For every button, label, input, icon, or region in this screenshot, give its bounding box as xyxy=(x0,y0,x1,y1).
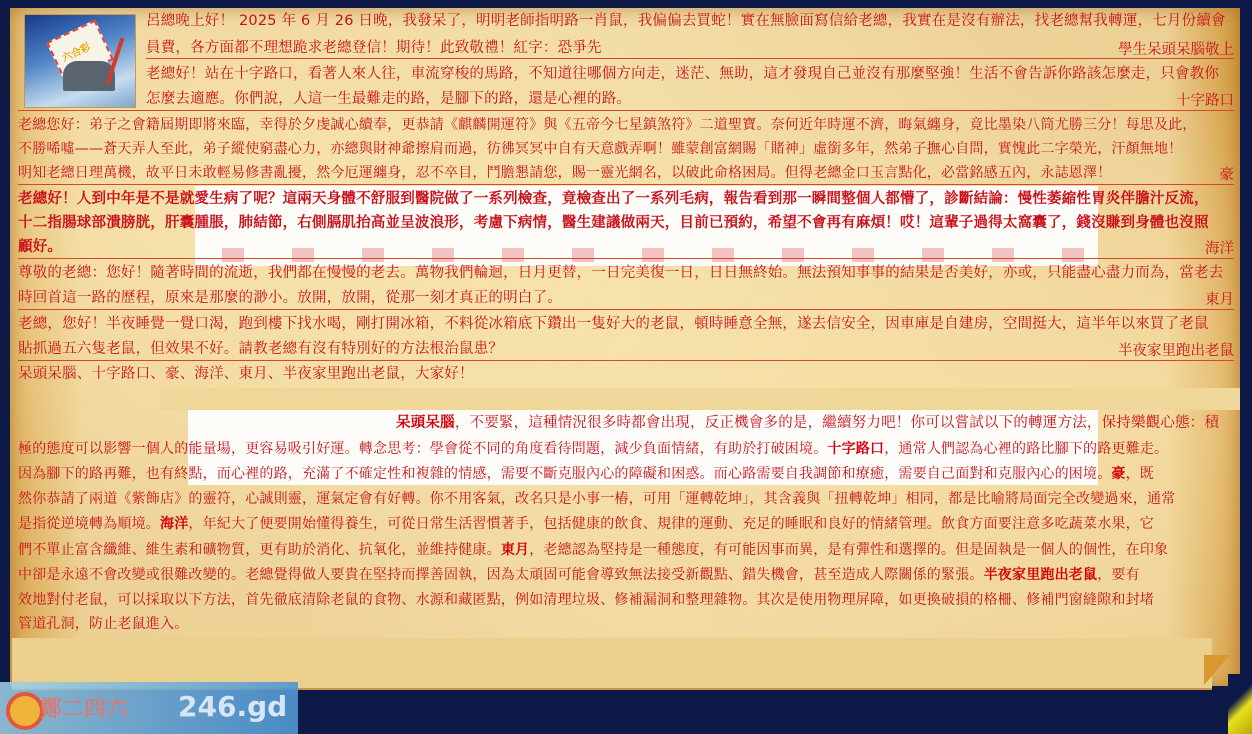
decorative-stripe xyxy=(1228,674,1252,734)
reply-line-1: 呆頭呆腦，不要緊，這種情況很多時都會出現，反正機會多的是，繼續努力吧！你可以嘗試… xyxy=(396,413,1219,433)
watermark-domain: 246.gd xyxy=(178,690,287,723)
letter-6-line-1: 老總，您好！半夜睡覺一覺口渴，跑到樓下找水喝，剛打開冰箱，不料從冰箱底下鑽出一隻… xyxy=(18,314,1209,334)
reply-line-2: 極的態度可以影響一個人的能量場，更容易吸引好運。轉念思考：學會從不同的角度看待問… xyxy=(18,439,1168,459)
mailbox-image: 六合彩 xyxy=(24,14,136,108)
reply-line-5: 是指從逆境轉為順境。海洋，年紀大了便要開始懂得養生，可從日常生活習慣著手，包括健… xyxy=(18,514,1154,534)
divider xyxy=(18,258,1234,259)
divider xyxy=(18,110,1234,111)
letter-1-signature: 學生呆頭呆腦敬上 xyxy=(1118,38,1234,59)
letter-3-signature: 豪 xyxy=(1220,163,1235,184)
divider xyxy=(18,184,1234,185)
letter-2-signature: 十字路口 xyxy=(1176,89,1234,110)
reply-greeting: 呆頭呆腦、十字路口、豪、海洋、東月、半夜家里跑出老鼠，大家好！ xyxy=(18,364,474,384)
divider xyxy=(146,58,1234,59)
letter-6-line-2: 貼抓過五六隻老鼠，但效果不好。請教老總有沒有特別好的方法根治鼠患？ xyxy=(18,339,503,359)
reply-line-7: 中卻是永遠不會改變或很難改變的。老總覺得做人要貴在堅持而擇善固執，因為太頑固可能… xyxy=(18,565,1140,585)
letter-1-line-1: 呂總晚上好！ 2025 年 6 月 26 日晚，我發呆了，明明老師指明路一肖鼠，… xyxy=(146,11,1226,31)
reply-spacer xyxy=(160,388,1240,410)
letter-6-signature: 半夜家里跑出老鼠 xyxy=(1118,339,1234,360)
letter-3-line-2: 不勝唏噓——蒼天弄人至此，弟子縱使窮盡心力，亦總與財神爺擦肩而過，彷彿冥冥中自有… xyxy=(18,139,1182,159)
reply-line-9: 管道孔洞，防止老鼠進入。 xyxy=(18,614,188,634)
letter-1-line-2: 員費，各方面都不理想跪求老總登信！期待！此致敬禮！紅字：恐爭先 xyxy=(146,38,602,58)
letter-3-line-1: 老總您好：弟子之會籍屆期即將來臨，幸得於夕虔誠心續奉，更恭請《麒麟開運符》與《五… xyxy=(18,115,1197,135)
letter-4-line-2: 十二指腸球部潰膀胱，肝囊腫脹，肺結節，右側膈肌抬高並呈波浪形，考慮下病情，醫生建… xyxy=(18,213,1209,233)
reply-line-8: 效地對付老鼠，可以採取以下方法，首先徹底清除老鼠的食物、水源和藏匿點，例如清理垃… xyxy=(18,590,1154,610)
reply-line-3: 因為腳下的路再難，也有終點，而心裡的路，充滿了不確定性和複雜的情感，需要不斷克服… xyxy=(18,464,1154,484)
reply-line-6: 們不單止富含纖維、維生素和礦物質，更有助於消化、抗氧化，並維持健康。東月，老總認… xyxy=(18,540,1168,560)
site-watermark: 鄭二四六 246.gd xyxy=(0,682,298,734)
letter-3-line-3: 明知老總日理萬機，故平日未敢輕易修書亂擾，然今厄運纏身，忍不卒目，鬥膽懇請您，賜… xyxy=(18,163,1111,183)
divider xyxy=(18,360,1234,361)
letter-5-signature: 東月 xyxy=(1205,288,1234,309)
letter-2-line-2: 怎麼去適應。你們說，人這一生最難走的路，是腳下的路，還是心裡的路。 xyxy=(146,89,631,109)
logo-icon xyxy=(6,692,44,730)
watermark-brand: 鄭二四六 xyxy=(40,692,128,723)
overlay-dashes xyxy=(198,248,1098,262)
reply-line-4: 然你恭請了兩道《紫飾店》的靈符，心誠則靈，運氣定會有好轉。你不用客氣，改名只是小… xyxy=(18,489,1175,509)
letter-4-line-1: 老總好！人到中年是不是就愛生病了呢？這兩天身體不舒服到醫院做了一系列檢查，竟檢查… xyxy=(18,189,1209,209)
letter-5-line-1: 尊敬的老總：您好！隨著時間的流逝，我們都在慢慢的老去。萬物我們輪迴，日月更替，一… xyxy=(18,263,1223,283)
letter-4-signature: 海洋 xyxy=(1205,237,1234,258)
letter-4-line-3: 顧好。 xyxy=(18,237,62,257)
letter-5-line-2: 時回首這一路的歷程，原來是那麼的渺小。放開，放開，從那一刻才真正的明白了。 xyxy=(18,288,562,308)
letter-2-line-1: 老總好！站在十字路口，看著人來人往，車流穿梭的馬路，不知道往哪個方向走，迷茫、無… xyxy=(146,64,1219,84)
divider xyxy=(18,309,1234,310)
corner-fold xyxy=(1204,655,1230,685)
